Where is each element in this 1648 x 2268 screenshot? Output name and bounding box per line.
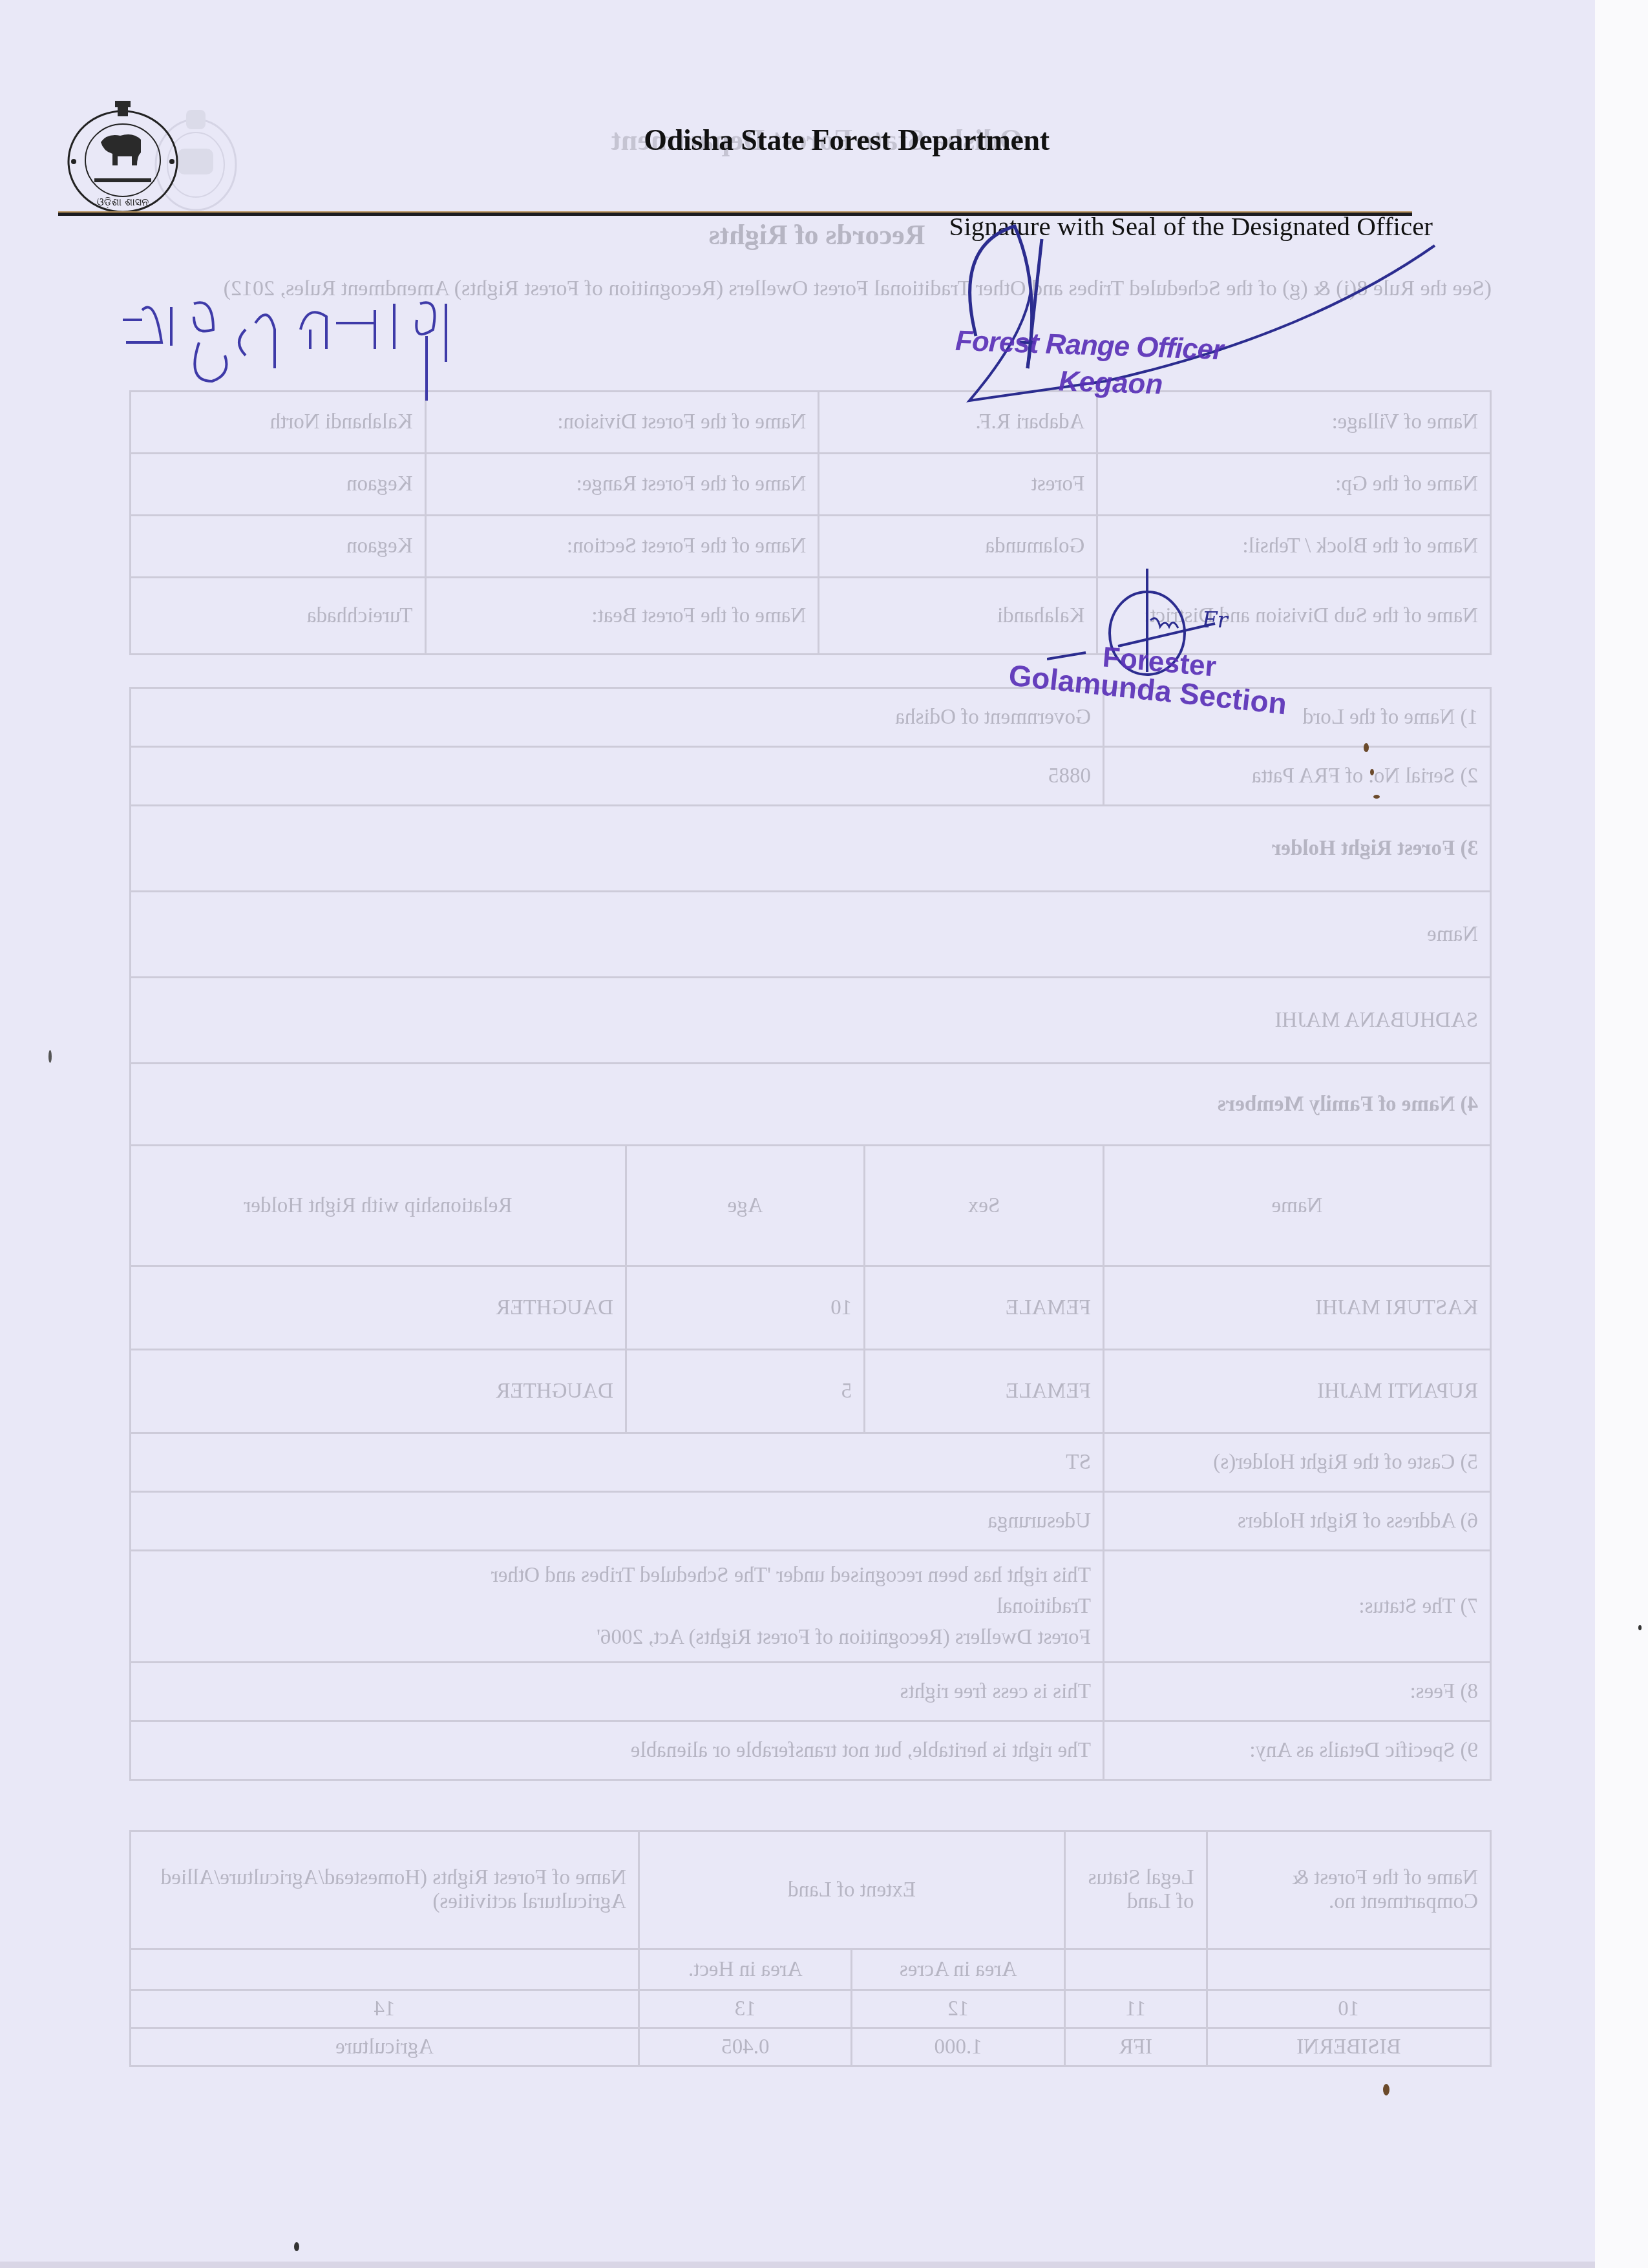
status-line: Traditional bbox=[143, 1591, 1091, 1622]
cell-label: Name of the Forest Section: bbox=[425, 516, 819, 578]
cell-value: 0885 bbox=[131, 747, 1104, 806]
dust-speck bbox=[1373, 795, 1380, 799]
table-row: Name of the Sub Division and District: K… bbox=[131, 578, 1491, 655]
cell-value: This is cess free rights bbox=[131, 1663, 1104, 1721]
cell-label: 7) The Status: bbox=[1103, 1551, 1490, 1663]
handwritten-note-icon bbox=[116, 291, 530, 401]
cell-label: 9) Specific Details as Any: bbox=[1103, 1721, 1490, 1780]
column-subheader: Area in Hect. bbox=[639, 1949, 852, 1990]
cell-value: 5 bbox=[626, 1350, 864, 1433]
cell-label: Name of the Gp: bbox=[1097, 454, 1491, 516]
officer-signature-icon bbox=[892, 207, 1441, 420]
cell-label: 6) Address of Right Holders bbox=[1103, 1492, 1490, 1551]
cell-value: 0.405 bbox=[639, 2028, 852, 2066]
cell-value: Kegaon bbox=[131, 516, 426, 578]
cell-value: 1.000 bbox=[852, 2028, 1064, 2066]
table-row: Name of the Block / Tehsil: Golamunda Na… bbox=[131, 516, 1491, 578]
table-row: BISIBERNI IFR 1.000 0.405 Agriculture bbox=[131, 2028, 1491, 2066]
table-row: 6) Address of Right HoldersUdesurunga bbox=[131, 1492, 1491, 1551]
column-number: 11 bbox=[1064, 1990, 1207, 2028]
dust-speck bbox=[294, 2242, 299, 2251]
cell-value: SADHUBANA MAJHI bbox=[131, 978, 1491, 1064]
cell-value: This right has been recognised under 'Th… bbox=[131, 1551, 1104, 1663]
table-row: Name of the Gp: Forest Name of the Fores… bbox=[131, 454, 1491, 516]
table-row: 5) Caste of the Right Holder(s)ST bbox=[131, 1433, 1491, 1492]
cell-value: BISIBERNI bbox=[1207, 2028, 1490, 2066]
dust-speck bbox=[48, 1050, 52, 1063]
table-row: Area in Acres Area in Hect. bbox=[131, 1949, 1491, 1990]
table-row: KASTURI MAJHI FEMALE 10 DAUGHTER bbox=[131, 1266, 1491, 1350]
cell-value: RUPANTI MAJHI bbox=[1103, 1350, 1490, 1433]
table-row: 8) Fees:This is cess free rights bbox=[131, 1663, 1491, 1721]
table-row: 10 11 12 13 14 bbox=[131, 1990, 1491, 2028]
column-header: Name of Forest Rights (Homestead/Agricul… bbox=[131, 1831, 639, 1949]
cell-value: Agriculture bbox=[131, 2028, 639, 2066]
column-number: 14 bbox=[131, 1990, 639, 2028]
table-row: Name bbox=[131, 892, 1491, 978]
cell-value: IFR bbox=[1064, 2028, 1207, 2066]
dust-speck bbox=[1383, 2084, 1389, 2095]
cell-label: 2) Serial No. of FRA Patta bbox=[1103, 747, 1490, 806]
status-line: This right has been recognised under 'Th… bbox=[143, 1560, 1091, 1591]
cell-label: 8) Fees: bbox=[1103, 1663, 1490, 1721]
column-number: 13 bbox=[639, 1990, 852, 2028]
cell-value: Udesurunga bbox=[131, 1492, 1104, 1551]
table-row: SADHUBANA MAJHI bbox=[131, 978, 1491, 1064]
bleed-land-table: Name of the Forest & Compartment no. Leg… bbox=[129, 1830, 1492, 2067]
cell-label: Name of the Forest Range: bbox=[425, 454, 819, 516]
table-row: Name of the Forest & Compartment no. Leg… bbox=[131, 1831, 1491, 1949]
dust-speck bbox=[1370, 769, 1374, 775]
cell-label: 5) Caste of the Right Holder(s) bbox=[1103, 1433, 1490, 1492]
column-subheader: Area in Acres bbox=[852, 1949, 1064, 1990]
cell-value: ST bbox=[131, 1433, 1104, 1492]
cell-empty bbox=[1207, 1949, 1490, 1990]
dust-speck bbox=[1364, 743, 1369, 752]
cell-label: 3) Forest Right Holder bbox=[131, 806, 1491, 892]
cell-value: DAUGHTER bbox=[131, 1266, 626, 1350]
cell-value: Tureichhada bbox=[131, 578, 426, 655]
header-title: Odisha State Forest Department bbox=[0, 123, 1648, 157]
dust-speck bbox=[1638, 1625, 1642, 1630]
svg-text:ଓଡ଼ିଶା ଶାସନ: ଓଡ଼ିଶା ଶାସନ bbox=[97, 196, 149, 208]
column-header: Legal Status of Land bbox=[1064, 1831, 1207, 1949]
cell-value: Government of Odisha bbox=[131, 688, 1104, 747]
stamp-range-officer-place: Kegaon bbox=[1058, 365, 1163, 401]
forester-signature-initials: Fr bbox=[1202, 607, 1228, 633]
column-header: Age bbox=[626, 1146, 864, 1266]
bleed-record-table: 1) Name of the LordGovernment of Odisha … bbox=[129, 687, 1492, 1781]
cell-value: FEMALE bbox=[865, 1350, 1104, 1433]
table-row: RUPANTI MAJHI FEMALE 5 DAUGHTER bbox=[131, 1350, 1491, 1433]
cell-label: Name of the Forest Beat: bbox=[425, 578, 819, 655]
column-header: Name bbox=[1103, 1146, 1490, 1266]
column-header: Relationship with Right Holder bbox=[131, 1146, 626, 1266]
cell-value: Forest bbox=[819, 454, 1097, 516]
column-header: Sex bbox=[865, 1146, 1104, 1266]
column-header: Name of the Forest & Compartment no. bbox=[1207, 1831, 1490, 1949]
bleed-location-table: Name of Village: Adabari R.F. Name of th… bbox=[129, 390, 1492, 655]
table-row: 2) Serial No. of FRA Patta0885 bbox=[131, 747, 1491, 806]
cell-empty bbox=[131, 1949, 639, 1990]
cell-value: KASTURI MAJHI bbox=[1103, 1266, 1490, 1350]
table-row: 7) The Status: This right has been recog… bbox=[131, 1551, 1491, 1663]
table-row: 3) Forest Right Holder bbox=[131, 806, 1491, 892]
table-row: Name Sex Age Relationship with Right Hol… bbox=[131, 1146, 1491, 1266]
cell-value: FEMALE bbox=[865, 1266, 1104, 1350]
cell-label: 4) Name of Family Members bbox=[131, 1064, 1491, 1146]
cell-label: Name bbox=[131, 892, 1491, 978]
table-row: 4) Name of Family Members bbox=[131, 1064, 1491, 1146]
status-line: Forest Dwellers (Recognition of Forest R… bbox=[143, 1622, 1091, 1653]
column-number: 12 bbox=[852, 1990, 1064, 2028]
cell-value: The right is heritable, but not transfer… bbox=[131, 1721, 1104, 1780]
cell-empty bbox=[1064, 1949, 1207, 1990]
cell-value: 10 bbox=[626, 1266, 864, 1350]
cell-value: Kegaon bbox=[131, 454, 426, 516]
column-number: 10 bbox=[1207, 1990, 1490, 2028]
table-row: 9) Specific Details as Any:The right is … bbox=[131, 1721, 1491, 1780]
column-header: Extent of Land bbox=[639, 1831, 1065, 1949]
cell-value: DAUGHTER bbox=[131, 1350, 626, 1433]
